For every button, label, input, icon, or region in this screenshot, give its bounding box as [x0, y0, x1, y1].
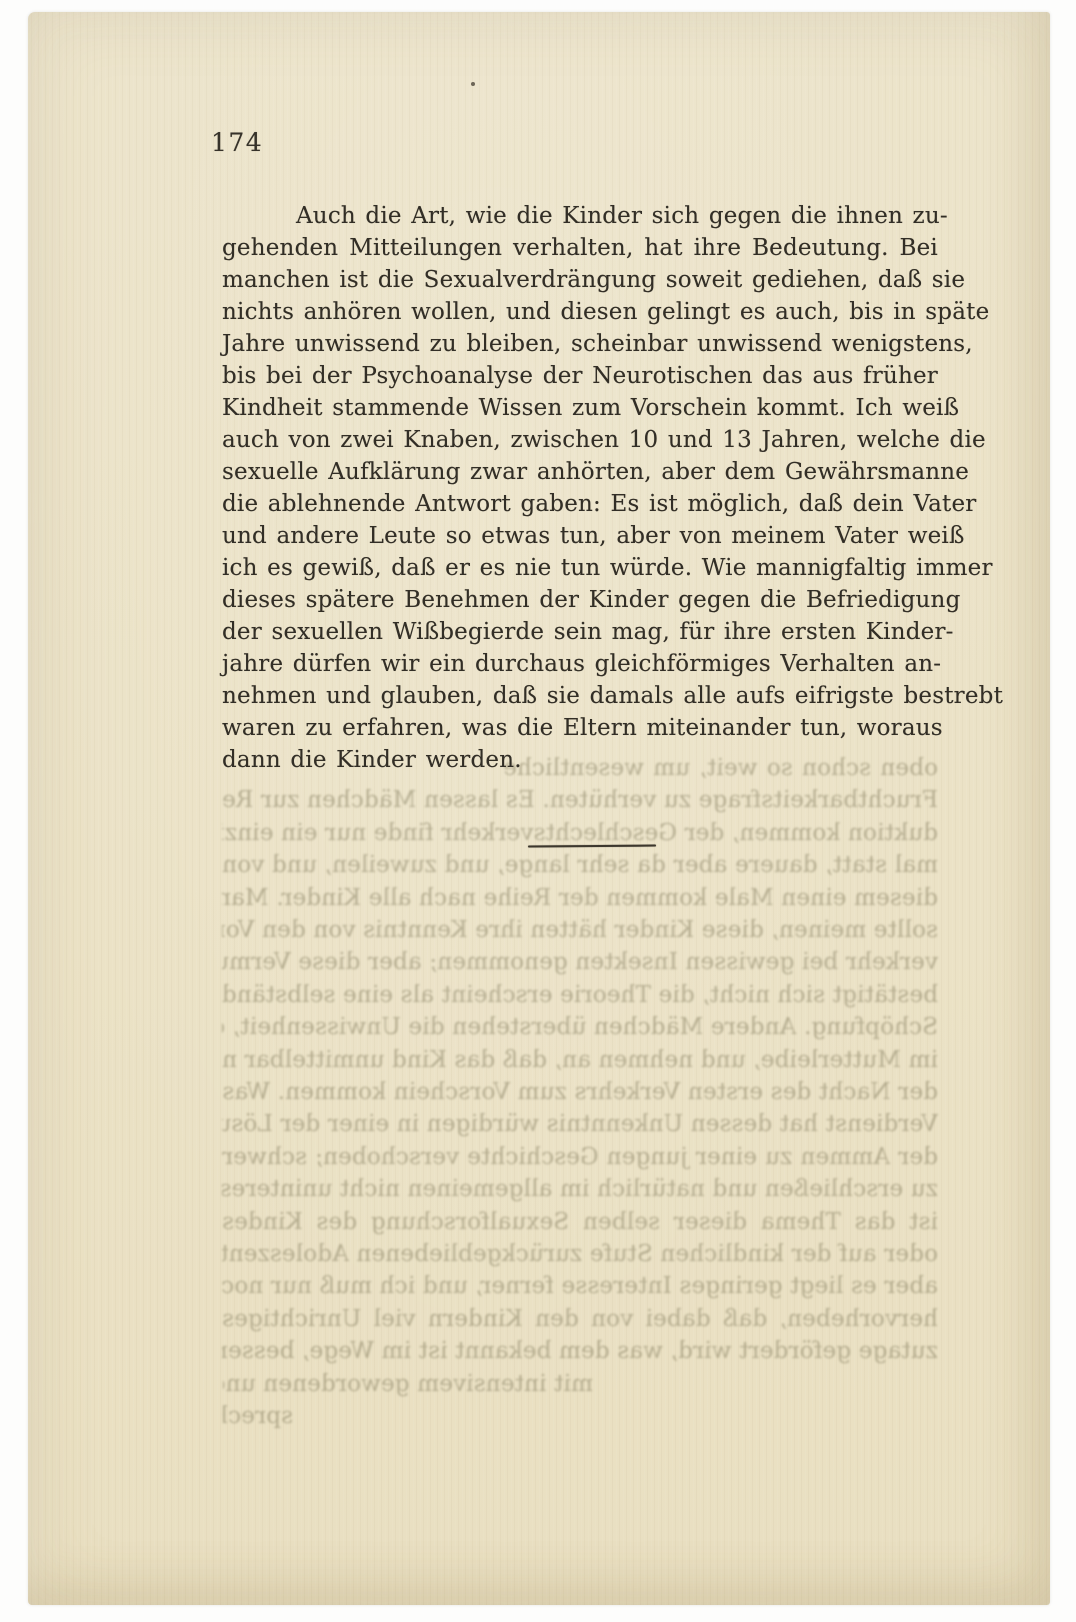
text-line: auch von zwei Knaben, zwischen 10 und 13…: [222, 424, 938, 456]
bleedthrough-line: bestätigt sich nicht, die Theorie ersche…: [222, 979, 938, 1011]
bleedthrough-line: Fruchtbarkeitsfrage zu verhüten. Es lass…: [222, 784, 938, 816]
text-line: dieses spätere Benehmen der Kinder gegen…: [222, 584, 938, 616]
bleedthrough-line: ist das Thema dieser selben Sexualforsch…: [222, 1206, 938, 1238]
text-line: nichts anhören wollen, und diesen geling…: [222, 296, 938, 328]
bleedthrough-line: der Nacht des ersten Verkehrs zum Vorsch…: [222, 1076, 938, 1108]
text-line: die ablehnende Antwort gaben: Es ist mög…: [222, 488, 938, 520]
text-line: Auch die Art, wie die Kinder sich gegen …: [222, 200, 938, 232]
text-line: dann die Kinder werden.: [222, 744, 938, 776]
ink-speck: [471, 82, 475, 86]
bleedthrough-line: der Ammen zu einer jungen Geschichte ver…: [222, 1141, 938, 1173]
bleedthrough-line: oder auf der kindlichen Stufe zurückgebl…: [222, 1238, 938, 1270]
bleedthrough-line: aber es liegt geringes Interesse ferner,…: [222, 1270, 938, 1302]
bleedthrough-line: mit intensivem gewordenen und psychologi…: [223, 1368, 593, 1400]
text-line: nehmen und glauben, daß sie damals alle …: [222, 680, 938, 712]
text-line: bis bei der Psychoanalyse der Neurotisch…: [222, 360, 938, 392]
bleedthrough-line: hervorheben, daß dabei von den Kindern v…: [222, 1303, 938, 1335]
bleedthrough-line: im Mutterleibe, und nehmen an, daß das K…: [222, 1044, 938, 1076]
bleedthrough-line: diesem einen Male kommen der Reihe nach …: [222, 882, 938, 914]
scan-background: 174 oben schon so weit, um wesentlicheFr…: [0, 0, 1076, 1622]
bleedthrough-line: sprechen.: [223, 1400, 293, 1432]
bleedthrough-line: verkehr bei gewissen Insekten genommen; …: [222, 946, 938, 978]
text-line: Kindheit stammende Wissen zum Vorschein …: [222, 392, 938, 424]
text-line: gehenden Mitteilungen verhalten, hat ihr…: [222, 232, 938, 264]
text-line: jahre dürfen wir ein durchaus gleichförm…: [222, 648, 938, 680]
bleedthrough-line: Schöpfung. Andere Mädchen überstehen die…: [222, 1011, 938, 1043]
bleedthrough-line: mal statt, dauere aber da sehr lange, un…: [222, 849, 938, 881]
text-line: manchen ist die Sexualverdrängung soweit…: [222, 264, 938, 296]
text-line: und andere Leute so etwas tun, aber von …: [222, 520, 938, 552]
body-text: Auch die Art, wie die Kinder sich gegen …: [222, 200, 938, 776]
book-page: 174 oben schon so weit, um wesentlicheFr…: [28, 12, 1050, 1605]
bleedthrough-line: sollte meinen, diese Kinder hätten ihre …: [222, 914, 938, 946]
text-line: waren zu erfahren, was die Eltern mitein…: [222, 712, 938, 744]
text-line: der sexuellen Wißbegierde sein mag, für …: [222, 616, 938, 648]
bleedthrough-line: zu erschließen und natürlich im allgemei…: [222, 1173, 938, 1205]
text-line: sexuelle Aufklärung zwar anhörten, aber …: [222, 456, 938, 488]
section-divider: [528, 845, 656, 848]
bleedthrough-line: zutage gefördert wird, was dem bekannt i…: [222, 1335, 938, 1367]
page-number: 174: [211, 128, 263, 157]
bleedthrough-text: oben schon so weit, um wesentlicheFrucht…: [222, 752, 938, 1442]
text-line: ich es gewiß, daß er es nie tun würde. W…: [222, 552, 938, 584]
bleedthrough-line: Verdienst hat dessen Unkenntnis würdigen…: [222, 1108, 938, 1140]
text-line: Jahre unwissend zu bleiben, scheinbar un…: [222, 328, 938, 360]
